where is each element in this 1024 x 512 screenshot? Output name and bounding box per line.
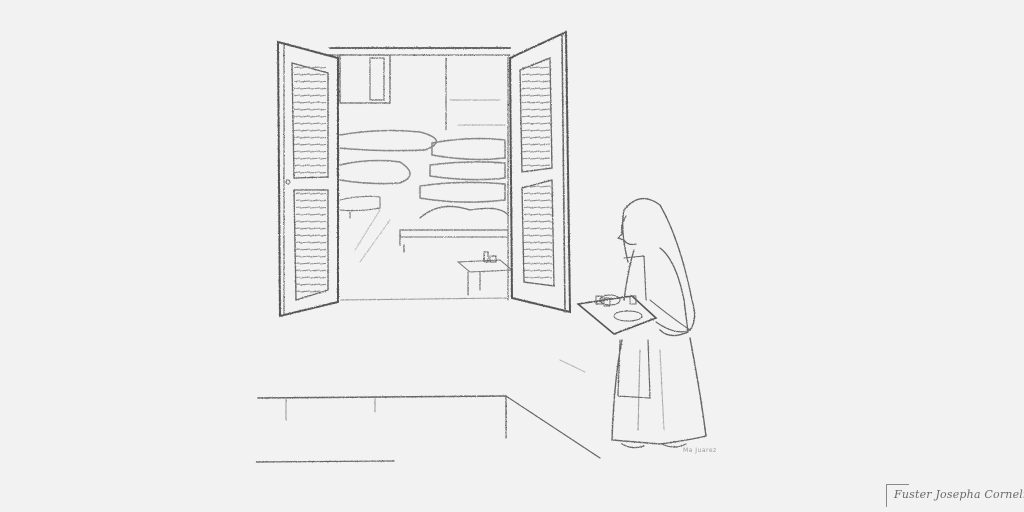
nun-figure xyxy=(578,199,706,448)
artist-signature: Ma Juarez xyxy=(683,447,717,454)
stone-steps xyxy=(256,360,600,462)
pencil-sketch xyxy=(0,0,1024,512)
right-shutter-door xyxy=(510,32,570,312)
watermark-text: Fuster Josepha Cornelia xyxy=(894,488,1024,501)
doorway xyxy=(330,48,512,300)
watermark: Fuster Josepha Cornelia xyxy=(886,484,1018,508)
left-shutter-door xyxy=(278,42,338,316)
